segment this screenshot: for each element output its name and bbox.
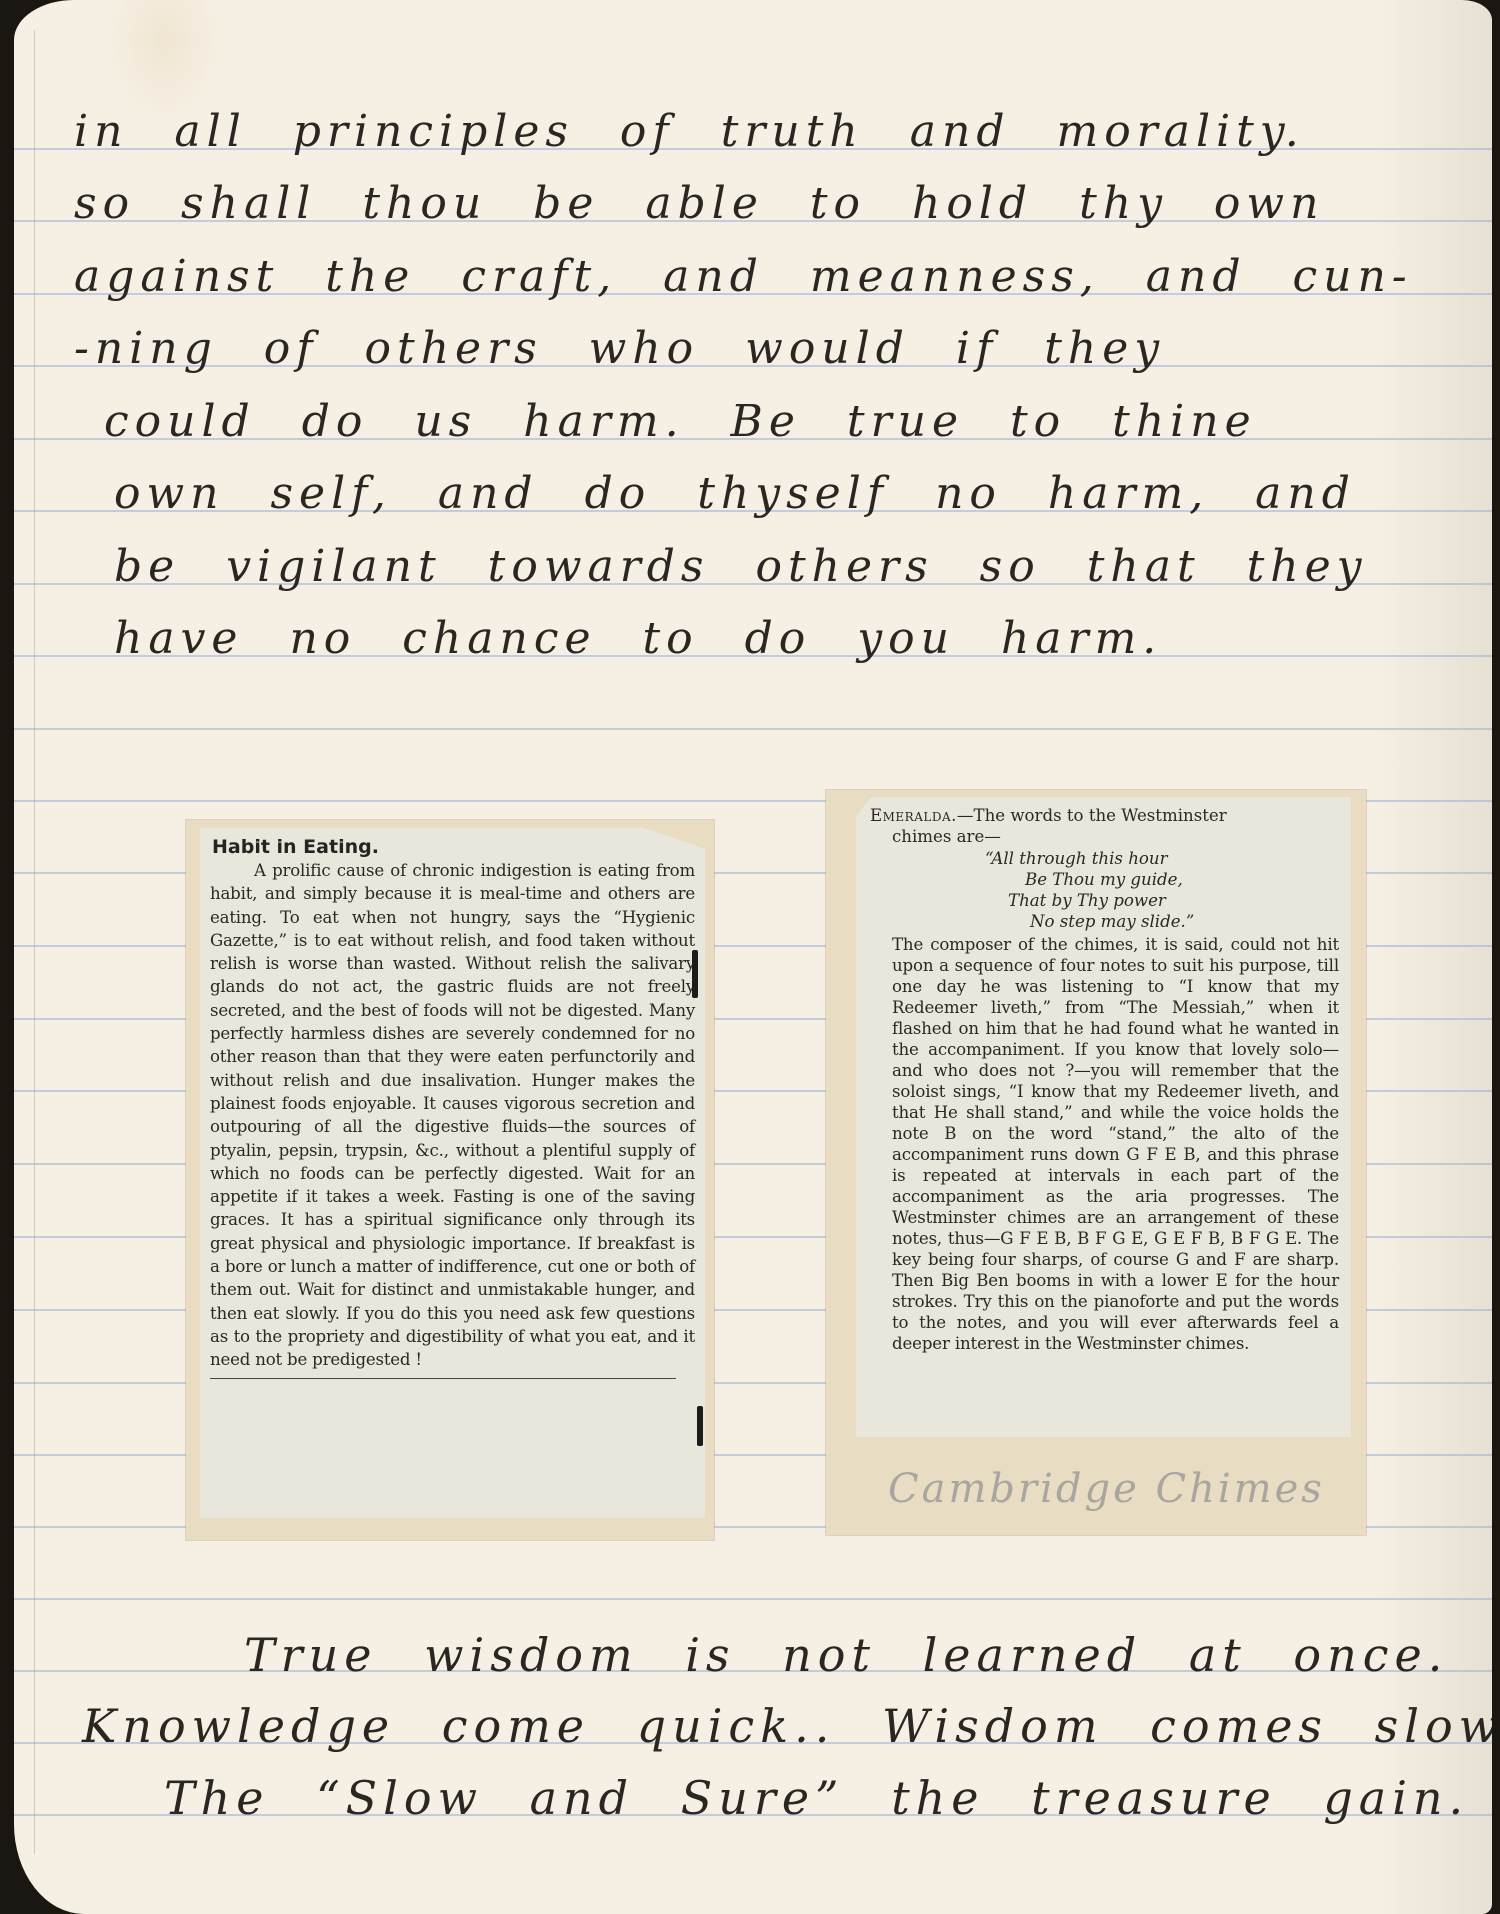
handwritten-line: in all principles of truth and morality. [74,110,1492,154]
clipping-title: Habit in Eating. [212,836,695,858]
pencil-annotation: Cambridge Chimes [888,1466,1325,1512]
newspaper-clipping-habit-in-eating: Habit in Eating. A prolific cause of chr… [200,828,705,1518]
notebook-page: in all principles of truth and morality.… [14,0,1492,1914]
handwritten-line: have no chance to do you harm. [114,617,1492,661]
handwritten-line: The “Slow and Sure” the treasure gain. [164,1775,1492,1821]
margin-line [34,30,35,1854]
clipping-body: A prolific cause of chronic indigestion … [210,859,695,1372]
clipping-heading: Emeralda.—The words to the Westminster c… [870,805,1339,847]
clipping-intro-a: —The words to the Westminster [957,806,1227,825]
handwritten-line: could do us harm. Be true to thine [104,400,1492,444]
handwritten-line: -ning of others who would if they [74,327,1492,371]
clipping-end-rule [210,1378,676,1379]
poem-line: Be Thou my guide, [870,869,1339,890]
ruled-line [14,728,1492,730]
handwritten-line: True wisdom is not learned at once. [244,1632,1492,1678]
binding-tab [697,1406,703,1446]
handwritten-line: Knowledge come quick.. Wisdom comes slow… [82,1703,1492,1749]
clipping-intro-b: chimes are— [870,826,1339,847]
poem-line: No step may slide.” [870,911,1339,932]
handwritten-line: so shall thou be able to hold thy own [74,182,1492,226]
handwritten-line: be vigilant towards others so that they [114,545,1492,589]
poem-line: That by Thy power [870,890,1339,911]
binding-tab [692,950,698,998]
clipping-body: The composer of the chimes, it is said, … [892,934,1339,1354]
handwritten-line: against the craft, and meanness, and cun… [74,255,1492,299]
handwritten-line: own self, and do thyself no harm, and [114,472,1492,516]
chimes-poem: “All through this hour Be Thou my guide,… [870,848,1339,932]
newspaper-clipping-westminster-chimes: Emeralda.—The words to the Westminster c… [856,797,1351,1437]
clipping-addressee: Emeralda. [870,806,957,825]
poem-line: “All through this hour [870,848,1339,869]
ruled-line [14,1598,1492,1600]
